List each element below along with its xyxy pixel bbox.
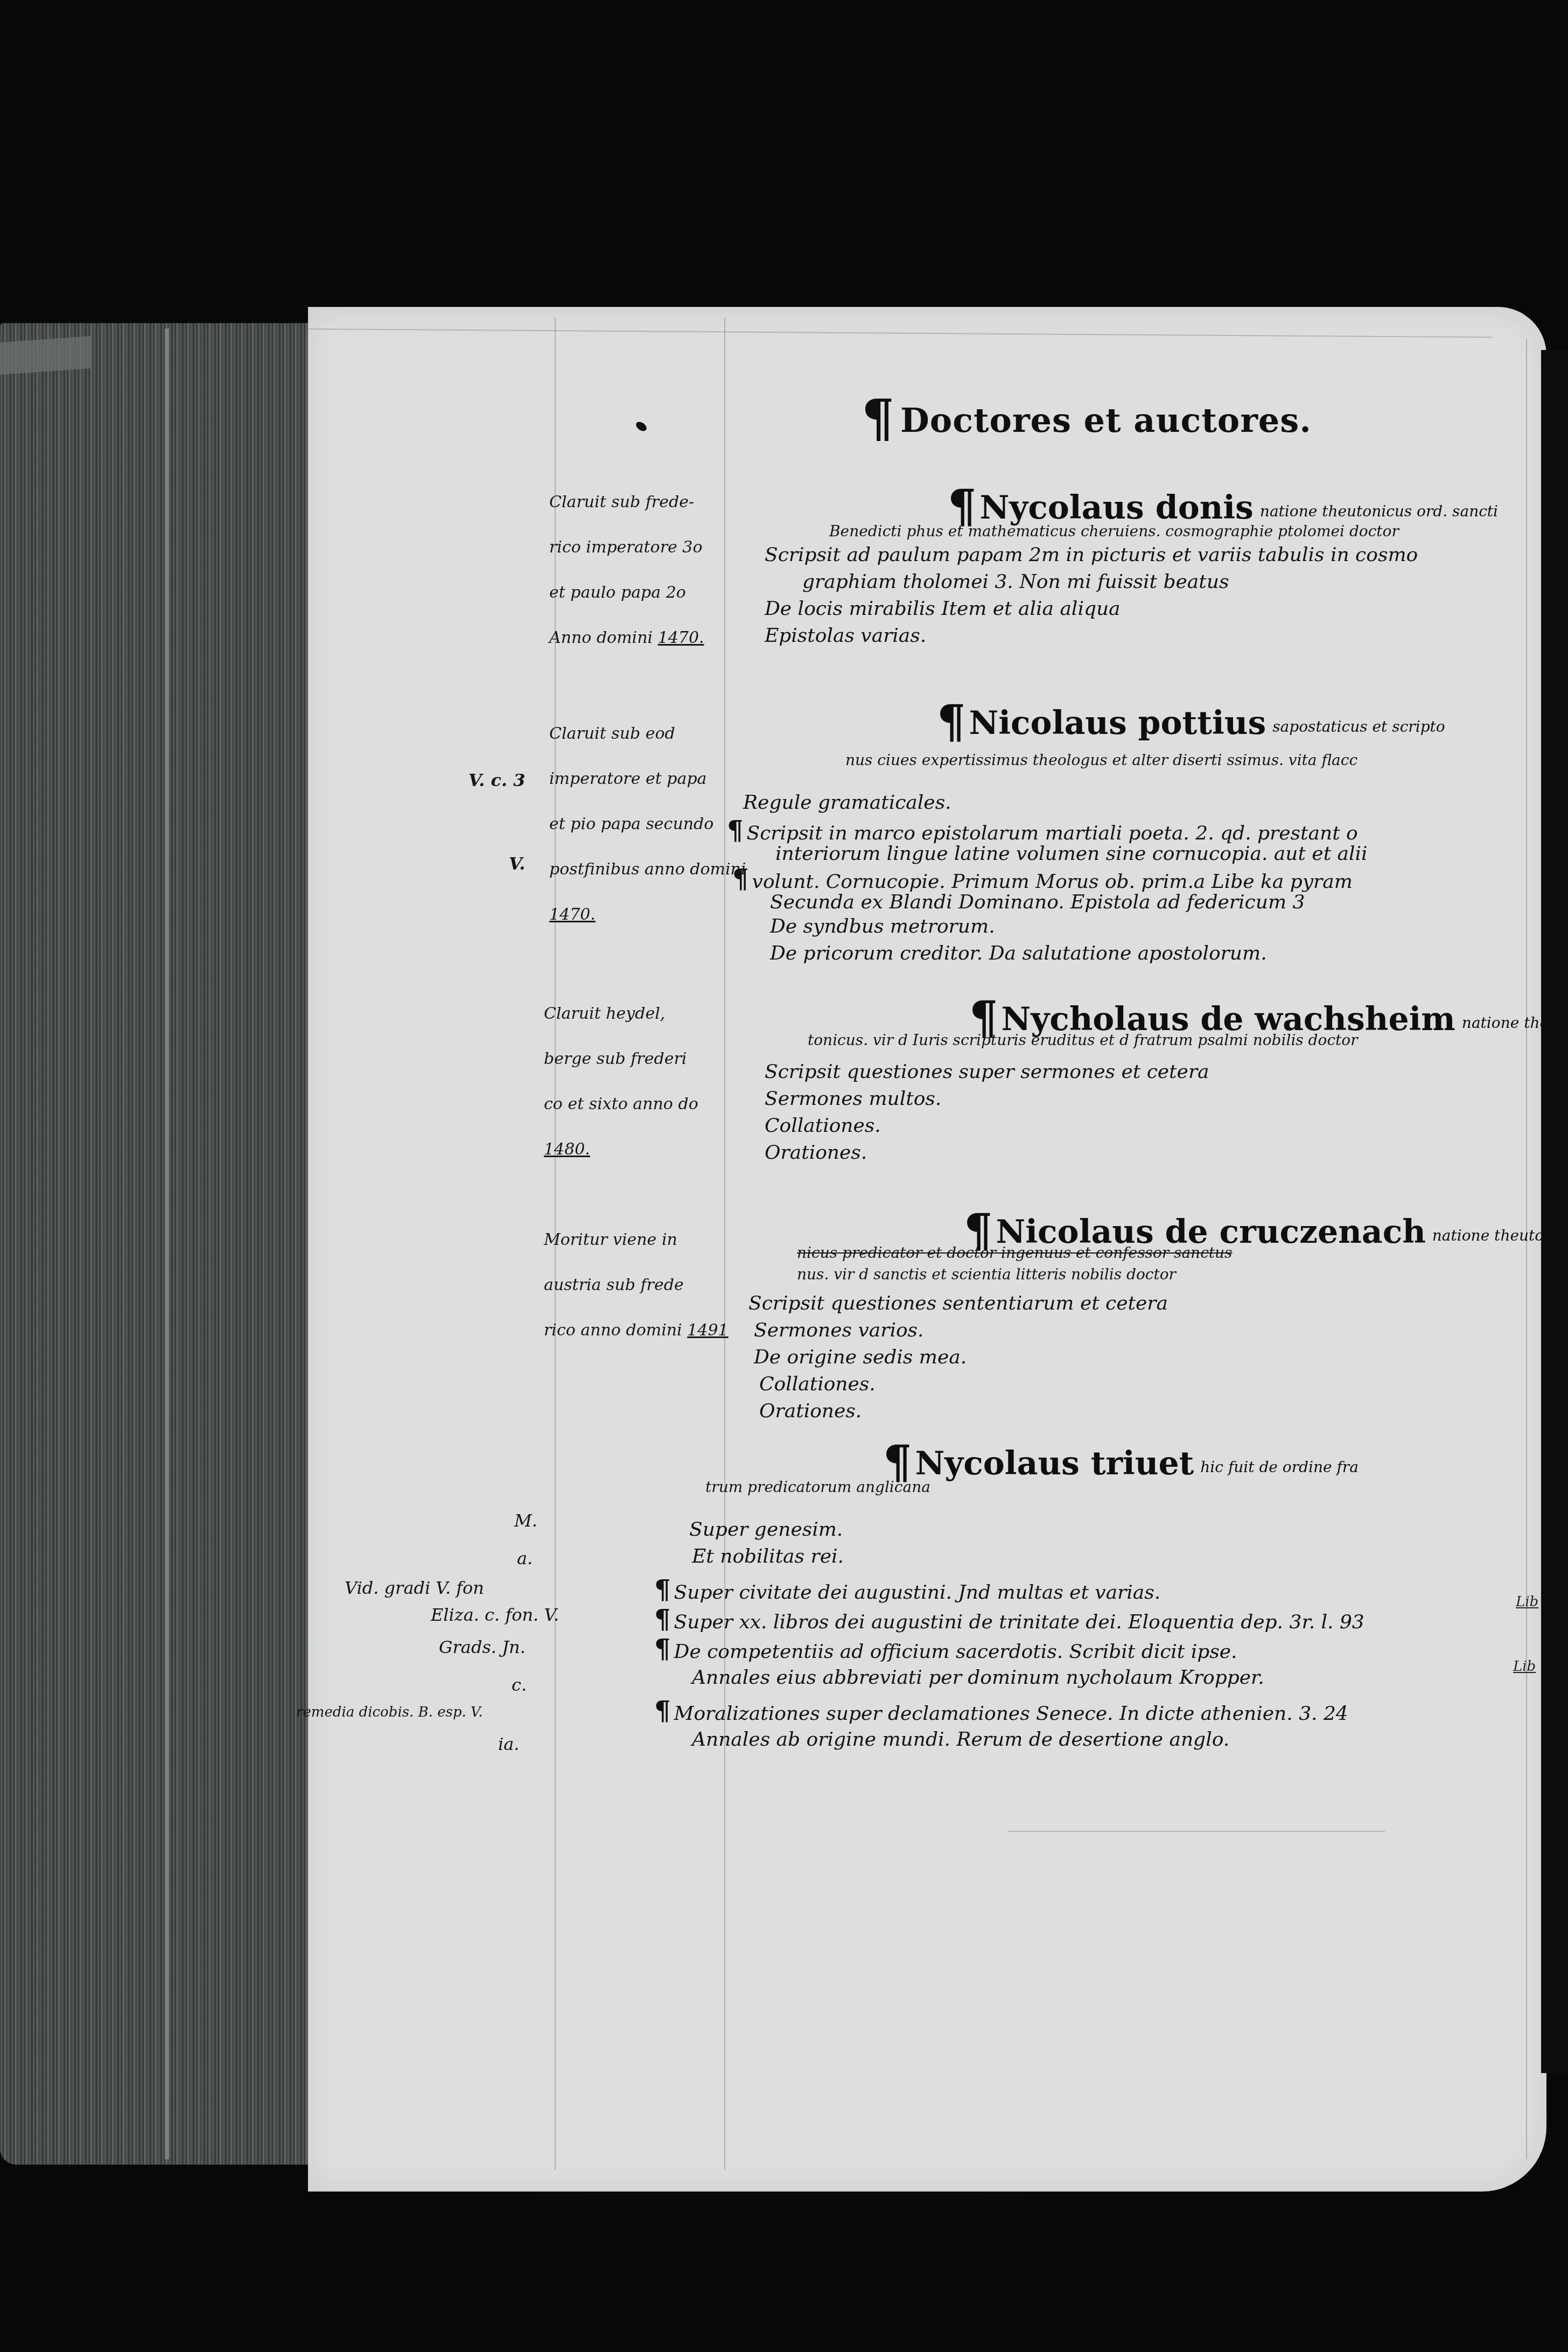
work-line: Epistolas varias. (765, 625, 926, 647)
paragraph-mark-icon: ¶ (727, 816, 744, 846)
margin-note-entry-3: Claruit heydel, berge sub frederi co et … (544, 980, 698, 1184)
margin-line: co et sixto anno do (544, 1093, 698, 1116)
work-line: Collationes. (765, 1115, 881, 1137)
work-text: Super civitate dei augustini. Jnd multas… (674, 1581, 1161, 1604)
ruling-line-top (308, 328, 1493, 338)
work-line: ¶Moralizationes super declamationes Sene… (654, 1696, 1348, 1726)
margin-line: et paulo papa 2o (549, 582, 704, 604)
margin-year: 1470. (549, 904, 746, 926)
work-text: volunt. Cornucopie. Primum Morus ob. pri… (752, 871, 1353, 893)
sigla-note: M. (514, 1510, 537, 1531)
work-line: De origine sedis mea. (754, 1346, 967, 1368)
sigla-note: ia. (498, 1734, 519, 1754)
margin-line: Claruit sub eod (549, 723, 746, 745)
work-text: Super xx. libros dei augustini de trinit… (674, 1611, 1364, 1633)
work-line: ¶De competentiis ad officium sacerdotis.… (654, 1634, 1237, 1664)
margin-line: postfinibus anno domini (549, 858, 746, 881)
right-edge-note: Lib (1513, 1658, 1536, 1675)
work-line: Orationes. (759, 1400, 862, 1422)
sigla-note: Vid. gradi V. fon (345, 1578, 484, 1598)
work-text: De competentiis ad officium sacerdotis. … (674, 1641, 1237, 1663)
author-name-tail: hic fuit de ordine fra (1200, 1458, 1359, 1476)
author-name-tail: sapostaticus et scripto (1272, 718, 1445, 736)
work-text: Scripsit in marco epistolarum martiali p… (747, 822, 1358, 844)
entry-subline-2: nus ciues expertissimus theologus et alt… (845, 751, 1357, 769)
margin-line: Moritur viene in (544, 1229, 729, 1251)
margin-year: 1480. (544, 1138, 698, 1161)
entry-subline-5: trum predicatorum anglicana (705, 1478, 930, 1496)
sigla-note: c. (512, 1675, 527, 1695)
margin-note-entry-1: Claruit sub frede- rico imperatore 3o et… (549, 468, 704, 672)
work-line: Annales ab origine mundi. Rerum de deser… (692, 1728, 1229, 1751)
work-line: ¶Scripsit in marco epistolarum martiali … (727, 816, 1358, 846)
pilcrow-mark-icon: ¶ (862, 388, 895, 449)
margin-line: et pio papa secundo (549, 813, 746, 836)
work-line: Super genesim. (689, 1518, 843, 1541)
work-line: Sermones varios. (754, 1319, 924, 1341)
work-line: Secunda ex Blandi Dominano. Epistola ad … (770, 891, 1305, 913)
sigla-note: V. c. 3 (468, 770, 526, 790)
margin-note-entry-4: Moritur viene in austria sub frede rico … (544, 1206, 729, 1364)
work-line: interiorum lingue latine volumen sine co… (775, 843, 1368, 865)
ruling-line-mid (1008, 1831, 1385, 1832)
sigla-note: a. (517, 1548, 533, 1569)
paragraph-mark-icon: ¶ (654, 1696, 671, 1726)
margin-line: rico imperatore 3o (549, 536, 704, 559)
work-line: ¶Super xx. libros dei augustini de trini… (654, 1605, 1364, 1635)
heading-text: Doctores et auctores. (900, 401, 1312, 440)
author-name: Nicolaus pottius (969, 704, 1266, 742)
margin-line: Claruit heydel, (544, 1003, 698, 1025)
work-line: Collationes. (759, 1373, 876, 1395)
paragraph-mark-icon: ¶ (732, 864, 749, 894)
margin-line: Claruit sub frede- (549, 491, 704, 514)
work-line: Et nobilitas rei. (692, 1545, 844, 1567)
author-name-tail: natione theuto (1432, 1227, 1544, 1244)
entry-subline-4b: nus. vir d sanctis et scientia litteris … (797, 1265, 1176, 1283)
work-line: De pricorum creditor. Da salutatione apo… (770, 942, 1267, 964)
sigla-note: Eliza. c. fon. V. (431, 1605, 559, 1625)
work-line: Orationes. (765, 1142, 867, 1164)
work-line: Regule gramaticales. (743, 792, 951, 814)
margin-year: 1491 (687, 1321, 728, 1340)
work-line: Scripsit ad paulum papam 2m in picturis … (765, 544, 1418, 566)
sigla-note: V. (509, 853, 525, 874)
work-line: Annales eius abbreviati per dominum nych… (692, 1667, 1264, 1689)
author-name-tail: natione theutonicus ord. sancti (1260, 502, 1498, 520)
entry-subline-3: tonicus. vir d Iuris scripturis eruditus… (808, 1031, 1358, 1049)
margin-line: imperatore et papa (549, 768, 746, 790)
work-line: De syndbus metrorum. (770, 915, 995, 937)
work-line: graphiam tholomei 3. Non mi fuissit beat… (802, 571, 1229, 593)
margin-line: austria sub frede (544, 1274, 729, 1297)
paragraph-mark-icon: ¶ (937, 695, 965, 748)
author-name: Nycolaus triuet (915, 1445, 1194, 1482)
work-line: ¶Super civitate dei augustini. Jnd multa… (654, 1575, 1160, 1605)
paragraph-mark-icon: ¶ (654, 1605, 671, 1635)
author-name-tail: natione theu (1462, 1014, 1558, 1032)
entry-heading-5: ¶Nycolaus triuethic fuit de ordine fra (883, 1435, 1359, 1488)
author-name: Nycolaus donis (979, 489, 1253, 527)
entry-subline-4a: nicus predicator et doctor ingenuus et c… (797, 1244, 1232, 1262)
margin-line: rico anno domini (544, 1321, 682, 1340)
margin-line: berge sub frederi (544, 1048, 698, 1070)
sigla-note: remedia dicobis. B. esp. V. (296, 1704, 483, 1720)
book-page-edges (0, 323, 312, 2165)
page-heading: ¶Doctores et auctores. (862, 388, 1312, 449)
work-line: Sermones multos. (765, 1088, 941, 1110)
paragraph-mark-icon: ¶ (654, 1575, 671, 1605)
entry-heading-2: ¶Nicolaus pottiussapostaticus et scripto (937, 695, 1445, 748)
paragraph-mark-icon: ¶ (654, 1634, 671, 1664)
work-line: ¶volunt. Cornucopie. Primum Morus ob. pr… (732, 864, 1353, 894)
margin-note-entry-2: Claruit sub eod imperatore et papa et pi… (549, 700, 746, 949)
work-text: Moralizationes super declamationes Senec… (674, 1703, 1348, 1725)
entry-subline-1: Benedicti phus et mathematicus cheruiens… (829, 522, 1399, 540)
right-edge-note: Lib (1516, 1594, 1538, 1610)
work-line: Scripsit questiones sententiarum et cete… (748, 1292, 1168, 1314)
margin-line: Anno domini (549, 628, 653, 647)
margin-year: 1470. (658, 628, 704, 647)
sigla-note: Grads. Jn. (439, 1637, 526, 1657)
work-line: De locis mirabilis Item et alia aliqua (765, 598, 1121, 620)
work-line: Scripsit questiones super sermones et ce… (765, 1061, 1209, 1083)
